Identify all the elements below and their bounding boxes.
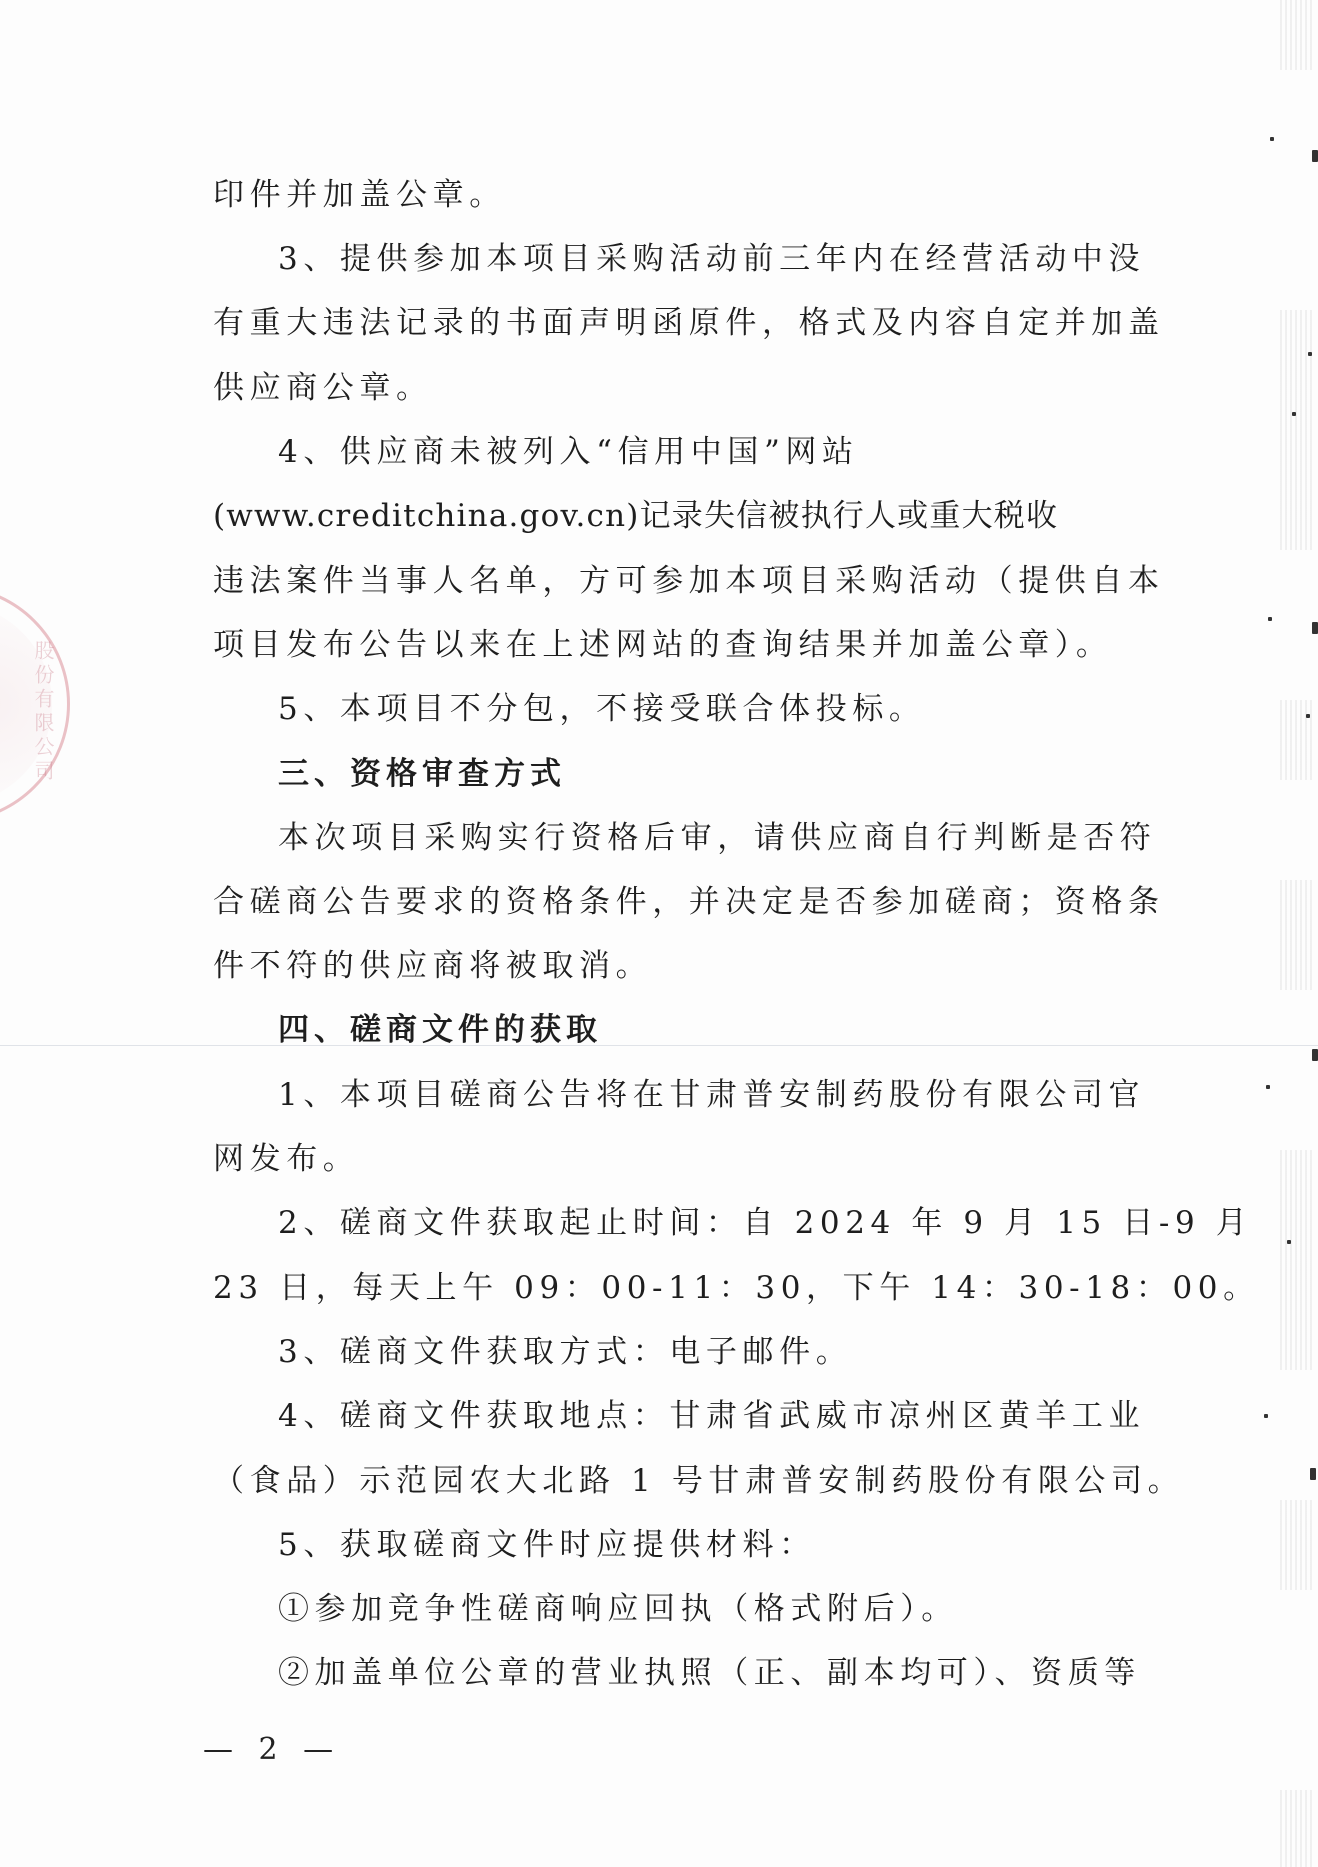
text-line-21: （食品）示范园农大北路 1 号甘肃普安制药股份有限公司。 — [213, 1461, 1123, 1501]
text-line-5: 4、供应商未被列入“信用中国”网站 — [278, 432, 1123, 472]
scan-speck — [1292, 412, 1296, 416]
text-line-18: 23 日，每天上午 09：00-11：30，下午 14：30-18：00。 — [213, 1268, 1123, 1308]
scan-artifact — [1280, 700, 1312, 780]
text-line-15: 1、本项目磋商公告将在甘肃普安制药股份有限公司官 — [278, 1075, 1123, 1115]
scan-artifact — [1280, 0, 1312, 70]
text-line-3: 有重大违法记录的书面声明函原件，格式及内容自定并加盖 — [213, 303, 1123, 343]
text-line-22: 5、获取磋商文件时应提供材料： — [278, 1525, 1123, 1565]
page-number: — 2 — — [203, 1730, 341, 1770]
section-heading-4: 四、磋商文件的获取 — [278, 1010, 1123, 1050]
scan-speck — [1310, 1468, 1316, 1480]
text-line-24: ②加盖单位公章的营业执照（正、副本均可）、资质等 — [278, 1653, 1123, 1693]
text-line-17: 2、磋商文件获取起止时间：自 2024 年 9 月 15 日-9 月 — [278, 1203, 1123, 1243]
text-line-7: 违法案件当事人名单，方可参加本项目采购活动（提供自本 — [213, 561, 1123, 601]
text-line-4: 供应商公章。 — [213, 368, 1123, 408]
scan-speck — [1266, 1085, 1270, 1089]
text-line-11: 本次项目采购实行资格后审，请供应商自行判断是否符 — [278, 818, 1123, 858]
text-line-8: 项目发布公告以来在上述网站的查询结果并加盖公章）。 — [213, 625, 1123, 665]
official-seal-text: 股份有限公司 — [8, 640, 56, 784]
scan-speck — [1312, 622, 1318, 634]
text-line-2: 3、提供参加本项目采购活动前三年内在经营活动中没 — [278, 239, 1123, 279]
text-line-13: 件不符的供应商将被取消。 — [213, 946, 1123, 986]
text-line-20: 4、磋商文件获取地点：甘肃省武威市凉州区黄羊工业 — [278, 1396, 1123, 1436]
scan-artifact — [1280, 1500, 1312, 1590]
scan-artifact — [1280, 1790, 1312, 1867]
scan-speck — [1306, 714, 1310, 718]
text-line-1: 印件并加盖公章。 — [213, 175, 1123, 215]
scan-speck — [1268, 617, 1272, 621]
scan-speck — [1287, 1240, 1291, 1244]
section-heading-3: 三、资格审查方式 — [278, 754, 1123, 794]
scan-artifact — [1280, 880, 1312, 990]
scan-artifact — [1280, 310, 1312, 550]
scan-speck — [1312, 1049, 1318, 1061]
scan-speck — [1312, 150, 1318, 162]
document-page: 股份有限公司 印件并加盖公章。 3、提供参加本项目采购活动前三年内在经营活动中没… — [0, 0, 1318, 1867]
scan-speck — [1308, 352, 1312, 356]
scan-speck — [1264, 1414, 1268, 1418]
text-line-19: 3、磋商文件获取方式：电子邮件。 — [278, 1332, 1123, 1372]
text-line-9: 5、本项目不分包，不接受联合体投标。 — [278, 689, 1123, 729]
scan-speck — [1270, 137, 1274, 141]
text-line-23: ①参加竞争性磋商响应回执（格式附后）。 — [278, 1589, 1123, 1629]
text-line-16: 网发布。 — [213, 1139, 1123, 1179]
text-line-12: 合磋商公告要求的资格条件，并决定是否参加磋商；资格条 — [213, 882, 1123, 922]
scan-artifact — [1280, 1150, 1312, 1370]
text-line-6-url: (www.creditchina.gov.cn)记录失信被执行人或重大税收 — [213, 496, 1123, 536]
